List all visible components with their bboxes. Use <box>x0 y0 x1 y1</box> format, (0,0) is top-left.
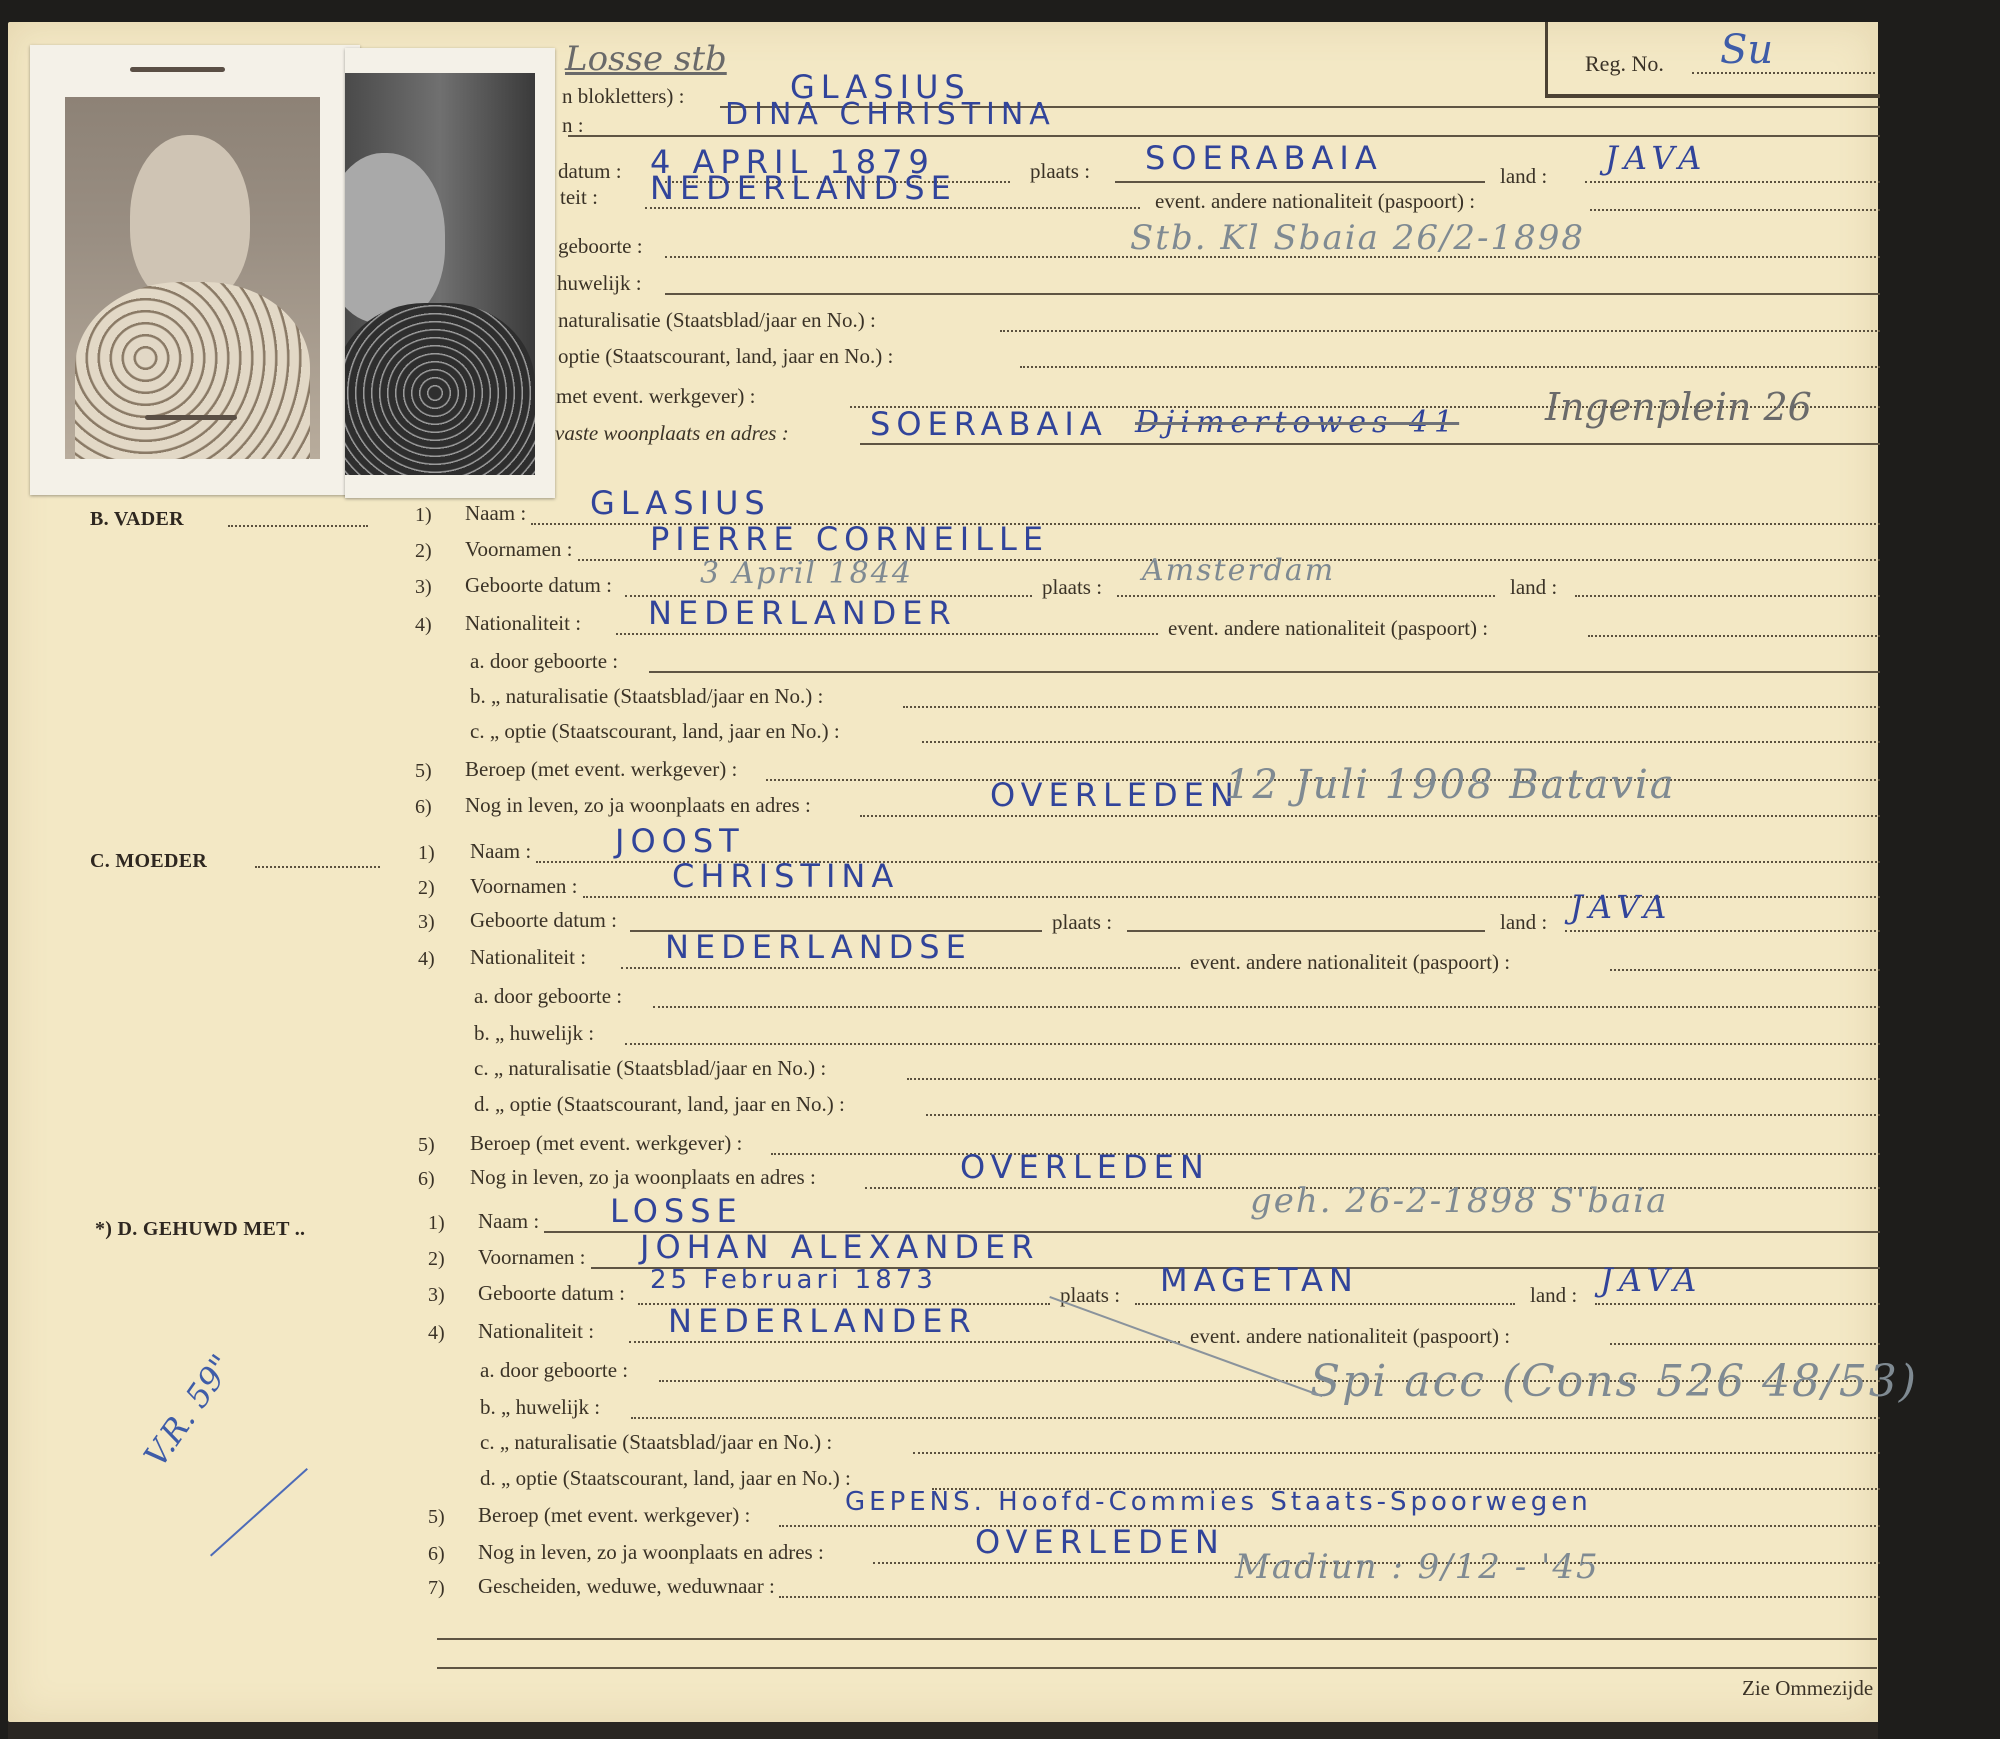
field-value[interactable]: NEDERLANDER <box>668 1305 977 1337</box>
field-line <box>621 967 1180 969</box>
land-label: land : <box>1500 166 1547 187</box>
field-value[interactable]: PIERRE CORNEILLE <box>650 523 1049 555</box>
top-note: Losse stb <box>565 42 727 76</box>
row-number: 4) <box>428 1322 445 1345</box>
field-value[interactable]: JOHAN ALEXANDER <box>640 1231 1039 1263</box>
land-label: land : <box>1530 1285 1577 1306</box>
field-label: b. „ naturalisatie (Staatsblad/jaar en N… <box>470 686 823 707</box>
field-line <box>903 706 1880 708</box>
land-line <box>1585 181 1880 183</box>
field-value[interactable]: 3 April 1844 <box>700 559 913 589</box>
field-line <box>907 1078 1880 1080</box>
field-value[interactable]: OVERLEDEN <box>975 1526 1225 1558</box>
row-number: 1) <box>418 842 435 865</box>
bottom-shadow <box>8 1722 1878 1739</box>
land-value[interactable]: JAVA <box>1605 142 1707 174</box>
field-label: Nog in leven, zo ja woonplaats en adres … <box>465 795 811 816</box>
land-value[interactable]: JAVA <box>1600 1264 1702 1296</box>
footer-rule-1 <box>437 1638 1877 1640</box>
row-number: 5) <box>415 760 432 783</box>
field-label: teit : <box>560 187 598 208</box>
field-label: naturalisatie (Staatsblad/jaar en No.) : <box>558 310 876 331</box>
field-line <box>645 207 1140 209</box>
plaats-line <box>1117 595 1495 597</box>
sheet-edge <box>1870 22 1878 1722</box>
field-line <box>779 1596 1880 1598</box>
row-number: 5) <box>428 1506 445 1529</box>
row-number: 3) <box>415 576 432 599</box>
field-value[interactable]: NEDERLANDSE <box>650 172 957 204</box>
field-value[interactable]: GLASIUS <box>590 487 771 519</box>
field-label: Voornamen : <box>470 876 578 897</box>
field-line <box>568 135 1880 137</box>
field-line <box>1000 330 1880 332</box>
field-label: Naam : <box>470 841 531 862</box>
field-label: Nationaliteit : <box>478 1321 594 1342</box>
plaats-value[interactable]: SOERABAIA <box>1145 142 1383 174</box>
reg-box-divider <box>1545 22 1548 94</box>
plaats-line <box>1135 1303 1515 1305</box>
address-struck[interactable]: Djimertowes 41 <box>1135 408 1459 438</box>
plaats-label: plaats : <box>1030 161 1090 182</box>
plaats-value[interactable]: MAGETAN <box>1160 1264 1359 1296</box>
photo-card-1-front <box>30 45 360 495</box>
row-number: 4) <box>418 948 435 971</box>
field-line <box>1020 366 1880 368</box>
field-line <box>665 293 1880 295</box>
other-nationality-line <box>1610 1343 1880 1345</box>
field-value[interactable]: OVERLEDEN <box>990 779 1240 811</box>
reg-no-value: Su <box>1720 30 1773 70</box>
field-label: a. door geboorte : <box>474 986 622 1007</box>
row-number: 3) <box>428 1284 445 1307</box>
field-label: n blokletters) : <box>562 86 684 107</box>
field-label: Nog in leven, zo ja woonplaats en adres … <box>478 1542 824 1563</box>
field-label: Voornamen : <box>465 539 573 560</box>
field-label: Nog in leven, zo ja woonplaats en adres … <box>470 1167 816 1188</box>
portrait-head <box>345 153 445 323</box>
row-number: 7) <box>428 1577 445 1600</box>
field-label: vaste woonplaats en adres : <box>555 423 789 444</box>
field-label: Naam : <box>465 503 526 524</box>
field-label: geboorte : <box>558 236 643 257</box>
plaats-line <box>1115 181 1485 183</box>
section-c-title-dots <box>255 866 380 868</box>
field-label: Beroep (met event. werkgever) : <box>478 1505 750 1526</box>
annotation-note: Spi acc (Cons 526 48/53) <box>1310 1360 1918 1404</box>
field-label: Geboorte datum : <box>465 575 612 596</box>
row-number: 3) <box>418 911 435 934</box>
field-label: Gescheiden, weduwe, weduwnaar : <box>478 1576 775 1597</box>
other-nationality-line <box>1590 209 1880 211</box>
row-number: 4) <box>415 614 432 637</box>
other-nationality-label: event. andere nationaliteit (paspoort) : <box>1155 191 1475 212</box>
field-line <box>631 1417 1880 1419</box>
field-line <box>860 815 1880 817</box>
field-label: n : <box>562 115 584 136</box>
portrait-body <box>345 303 535 475</box>
field-value[interactable]: GEPENS. Hoofd-Commies Staats-Spoorwegen <box>845 1489 1592 1515</box>
portrait-photo-2 <box>345 73 535 475</box>
field-label: a. door geboorte : <box>480 1360 628 1381</box>
field-line <box>779 1525 1880 1527</box>
field-label: Nationaliteit : <box>465 613 581 634</box>
field-line <box>860 443 1880 445</box>
field-label: a. door geboorte : <box>470 651 618 672</box>
plaats-label: plaats : <box>1052 912 1112 933</box>
plaats-value[interactable]: Amsterdam <box>1142 556 1335 586</box>
field-value[interactable]: 25 Februari 1873 <box>650 1267 937 1293</box>
photo-card-2 <box>345 48 555 498</box>
row-number: 2) <box>428 1248 445 1271</box>
other-nationality-label: event. andere nationaliteit (paspoort) : <box>1190 952 1510 973</box>
field-label: Geboorte datum : <box>470 910 617 931</box>
field-line <box>583 896 1880 898</box>
field-label: Voornamen : <box>478 1247 586 1268</box>
field-line <box>922 741 1880 743</box>
land-value[interactable]: JAVA <box>1570 891 1672 923</box>
reg-box-underline <box>1545 94 1880 98</box>
field-value[interactable]: NEDERLANDSE <box>665 931 972 963</box>
field-label: b. „ huwelijk : <box>480 1397 600 1418</box>
row-number: 6) <box>418 1168 435 1191</box>
section-b-title-dots <box>228 525 368 527</box>
other-nationality-line <box>1588 635 1880 637</box>
annotation-note: Madiun : 9/12 - '45 <box>1235 1550 1600 1584</box>
row-number: 2) <box>418 877 435 900</box>
field-value[interactable]: LOSSE <box>610 1195 743 1227</box>
row-number: 6) <box>428 1543 445 1566</box>
field-label: huwelijk : <box>557 273 642 294</box>
field-label: Nationaliteit : <box>470 947 586 968</box>
row-number: 2) <box>415 540 432 563</box>
field-line <box>625 1043 1880 1045</box>
other-nationality-label: event. andere nationaliteit (paspoort) : <box>1190 1326 1510 1347</box>
section-c-title: C. MOEDER <box>90 850 207 873</box>
field-line <box>616 633 1158 635</box>
row-number: 5) <box>418 1134 435 1157</box>
field-label: Naam : <box>478 1211 539 1232</box>
row-number: 6) <box>415 796 432 819</box>
other-nationality-line <box>1610 969 1880 971</box>
plaats-line <box>1127 930 1485 932</box>
field-label: Geboorte datum : <box>478 1283 625 1304</box>
field-label: Beroep (met event. werkgever) : <box>465 759 737 780</box>
row-number: 1) <box>428 1212 445 1235</box>
plaats-label: plaats : <box>1042 577 1102 598</box>
field-line <box>649 671 1880 673</box>
field-label: d. „ optie (Staatscourant, land, jaar en… <box>474 1094 845 1115</box>
field-label: c. „ naturalisatie (Staatsblad/jaar en N… <box>474 1058 826 1079</box>
field-label: met event. werkgever) : <box>556 386 755 407</box>
field-label: d. „ optie (Staatscourant, land, jaar en… <box>480 1468 851 1489</box>
row-number: 1) <box>415 504 432 527</box>
field-line <box>913 1452 1880 1454</box>
section-b-title: B. VADER <box>90 508 184 531</box>
other-nationality-label: event. andere nationaliteit (paspoort) : <box>1168 618 1488 639</box>
footer-note: Zie Ommezijde <box>1742 1678 1873 1699</box>
field-line <box>926 1114 1880 1116</box>
field-label: optie (Staatscourant, land, jaar en No.)… <box>558 346 893 367</box>
field-value[interactable]: Stb. Kl Sbaia 26/2-1898 <box>1130 221 1585 255</box>
field-value[interactable]: NEDERLANDER <box>648 597 957 629</box>
land-label: land : <box>1510 577 1557 598</box>
section-d-title: *) D. GEHUWD MET .. <box>95 1218 305 1241</box>
field-line <box>629 1341 1180 1343</box>
field-label: b. „ huwelijk : <box>474 1023 594 1044</box>
field-value[interactable]: OVERLEDEN <box>960 1151 1210 1183</box>
field-line <box>653 1006 1880 1008</box>
land-label: land : <box>1500 912 1547 933</box>
field-value[interactable]: SOERABAIA <box>870 408 1108 440</box>
land-line <box>1575 595 1880 597</box>
field-label: Beroep (met event. werkgever) : <box>470 1133 742 1154</box>
field-label: c. „ optie (Staatscourant, land, jaar en… <box>470 721 840 742</box>
reg-no-label: Reg. No. <box>1585 53 1664 75</box>
field-line <box>771 1153 1880 1155</box>
footer-rule-2 <box>437 1667 1877 1669</box>
field-value[interactable]: CHRISTINA <box>672 860 899 892</box>
land-line <box>1565 930 1880 932</box>
field-value[interactable]: JOOST <box>615 825 745 857</box>
field-label: datum : <box>558 161 622 182</box>
field-label: c. „ naturalisatie (Staatsblad/jaar en N… <box>480 1432 832 1453</box>
address-new[interactable]: Ingenplein 26 <box>1545 388 1812 426</box>
annotation-note: 12 Juli 1908 Batavia <box>1225 765 1676 805</box>
field-value[interactable]: DINA CHRISTINA <box>725 100 1056 130</box>
annotation-note: geh. 26-2-1898 S'baia <box>1250 1184 1668 1218</box>
land-line <box>1595 1303 1880 1305</box>
